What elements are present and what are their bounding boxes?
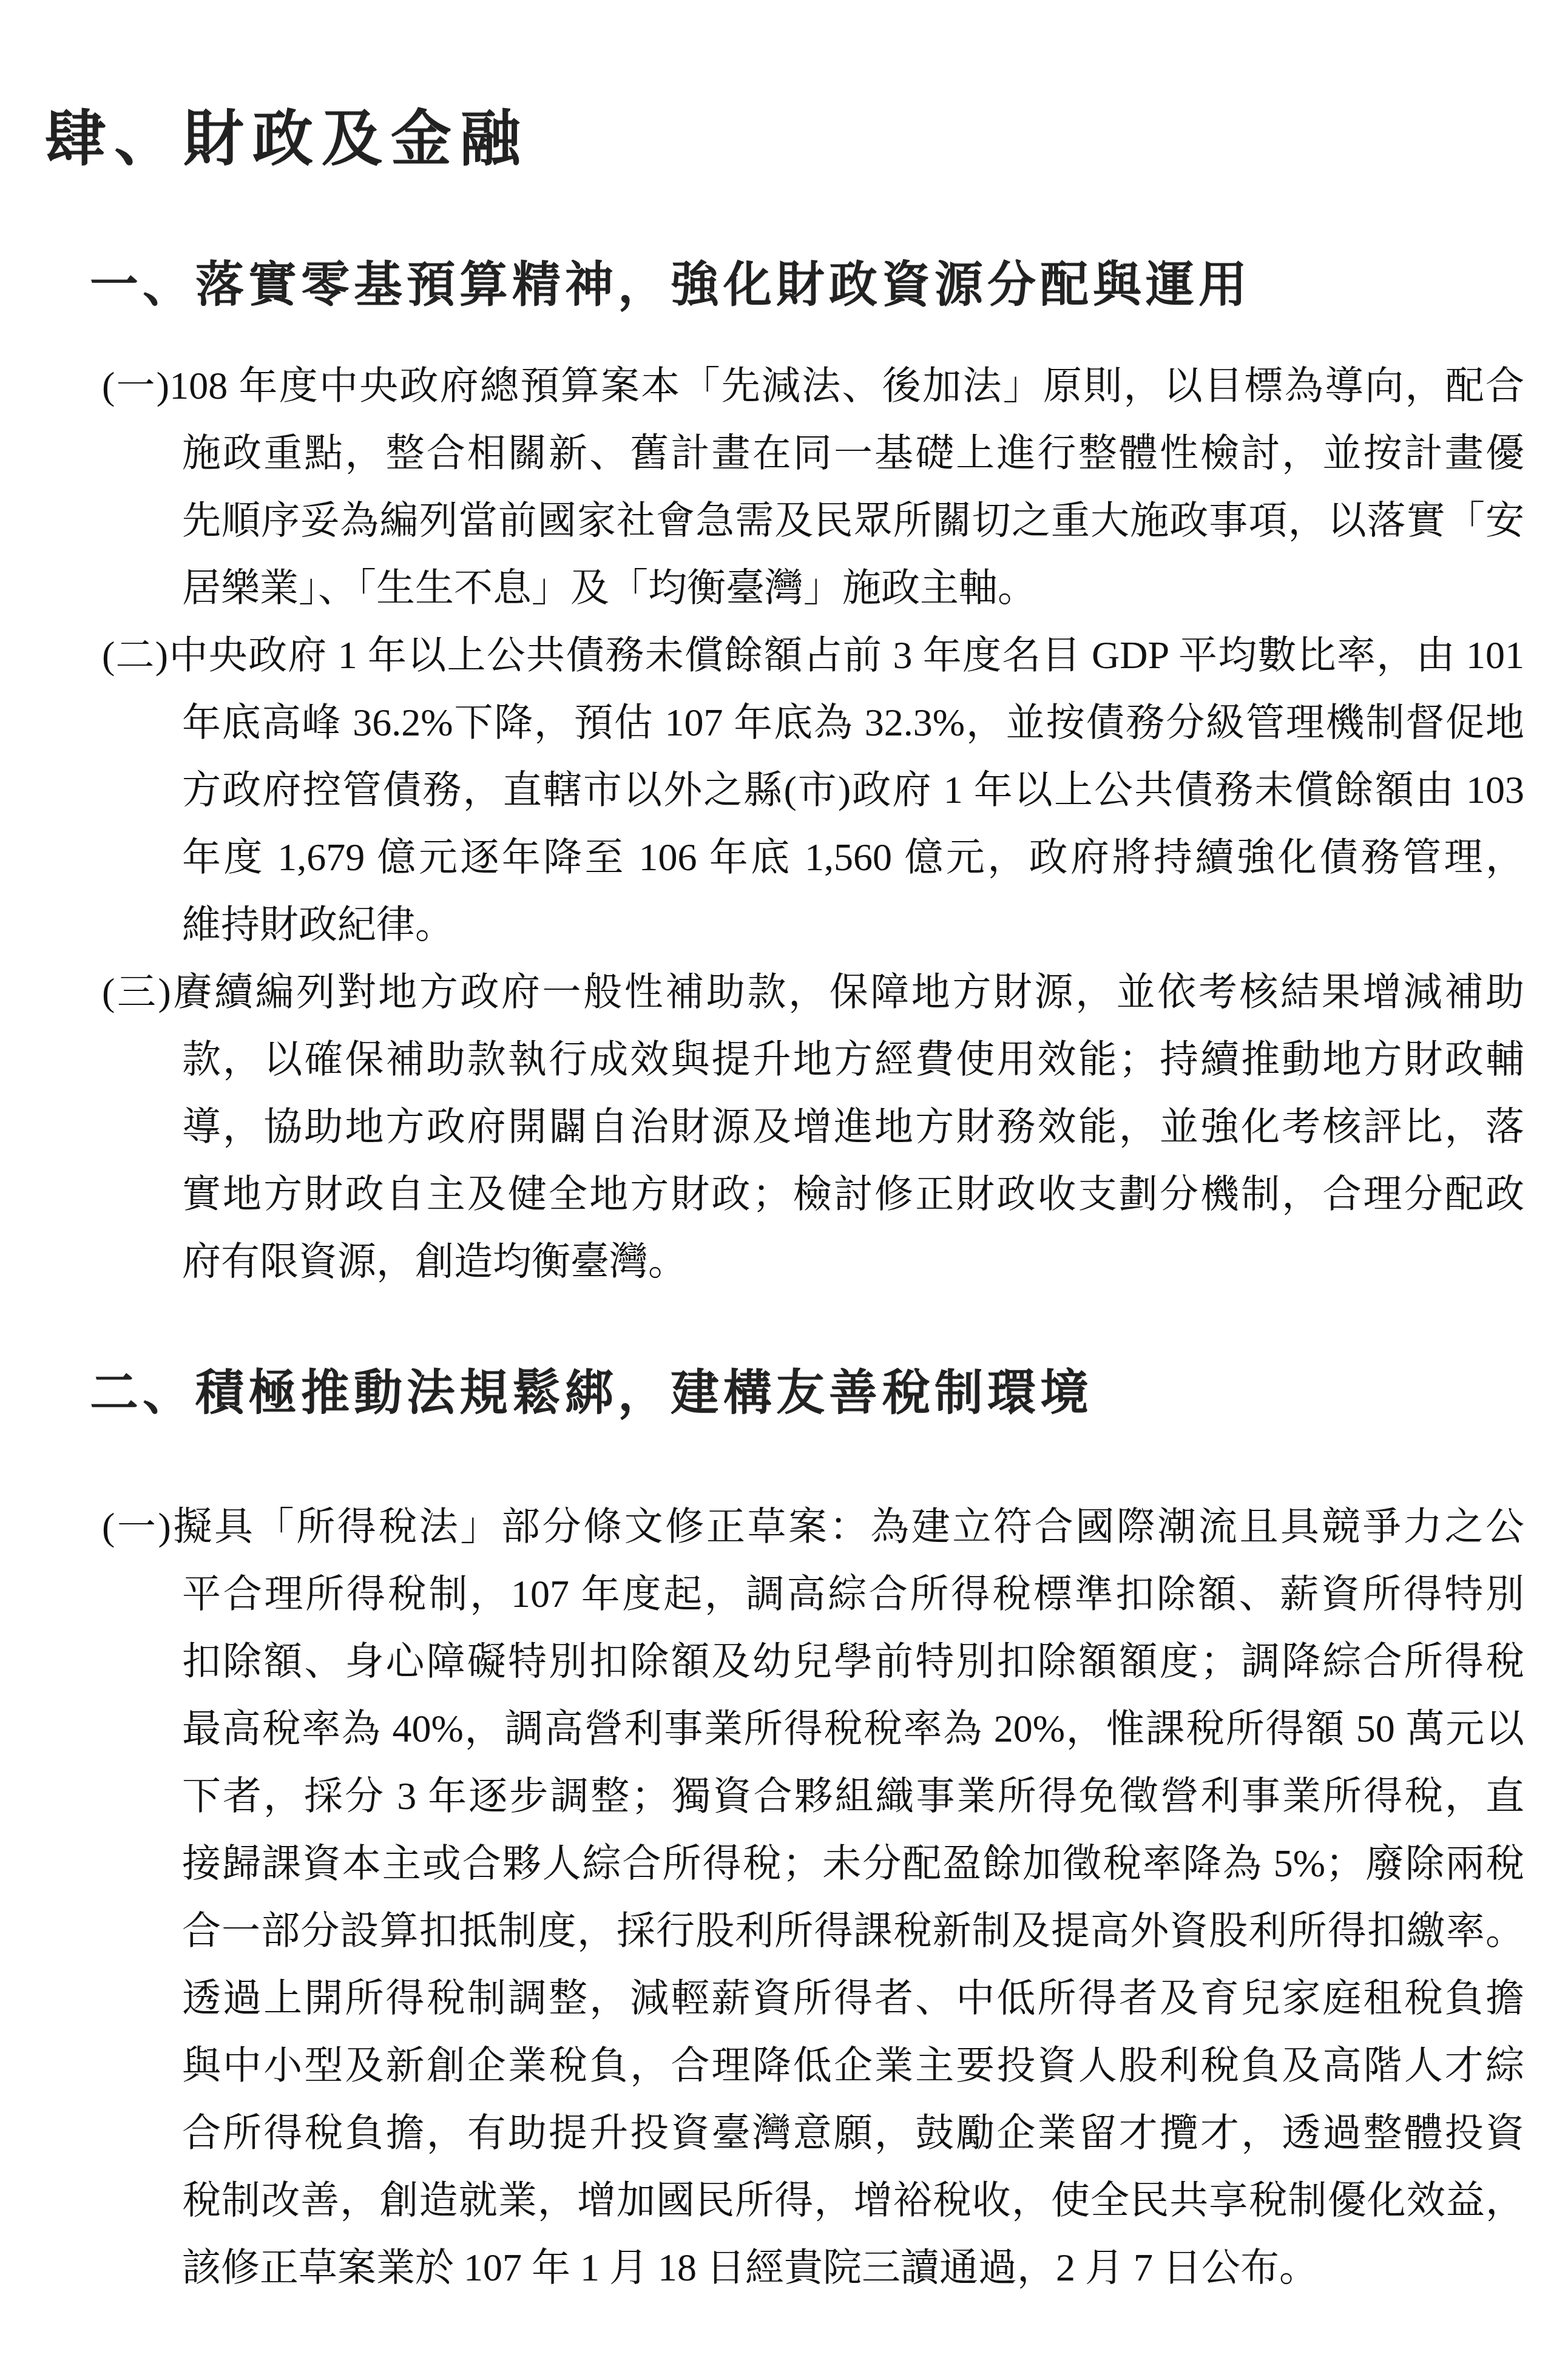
section-1-item-1: (一)108 年度中央政府總預算案本「先減法、後加法」原則，以目標為導向，配合 …	[102, 362, 1524, 631]
paragraph-line: 款，以確保補助款執行成效與提升地方經費使用效能；持續推動地方財政輔	[102, 1035, 1524, 1103]
item-marker: (二)	[102, 634, 168, 677]
paragraph-line: 先順序妥為編列當前國家社會急需及民眾所關切之重大施政事項，以落實「安	[102, 496, 1524, 564]
section-1-item-3: (三)賡續編列對地方政府一般性補助款，保障地方財源，並依考核結果增減補助 款，以…	[102, 968, 1524, 1305]
paragraph-line: 方政府控管債務，直轄市以外之縣(市)政府 1 年以上公共債務未償餘額由 103	[102, 766, 1524, 833]
paragraph-line: 維持財政紀律。	[102, 901, 1524, 968]
paragraph-line: 下者，採分 3 年逐步調整；獨資合夥組織事業所得免徵營利事業所得稅，直	[102, 1772, 1524, 1839]
section-1-item-2: (二)中央政府 1 年以上公共債務未償餘額占前 3 年度名目 GDP 平均數比率…	[102, 631, 1524, 968]
section-2-item-1: (一)擬具「所得稅法」部分條文修正草案：為建立符合國際潮流且具競爭力之公 平合理…	[102, 1503, 1524, 2311]
document-page: 肆、財政及金融 一、落實零基預算精神，強化財政資源分配與運用 (一)108 年度…	[0, 0, 1568, 2360]
paragraph-line: (三)賡續編列對地方政府一般性補助款，保障地方財源，並依考核結果增減補助	[102, 968, 1524, 1035]
paragraph-line: 最高稅率為 40%，調高營利事業所得稅稅率為 20%，惟課稅所得額 50 萬元以	[102, 1705, 1524, 1772]
chapter-title: 肆、財政及金融	[45, 102, 529, 175]
paragraph-line: (二)中央政府 1 年以上公共債務未償餘額占前 3 年度名目 GDP 平均數比率…	[102, 631, 1524, 698]
paragraph-line: 該修正草案業於 107 年 1 月 18 日經貴院三讀通過，2 月 7 日公布。	[102, 2243, 1524, 2311]
paragraph-line: 施政重點，整合相關新、舊計畫在同一基礎上進行整體性檢討，並按計畫優	[102, 429, 1524, 496]
paragraph-line: 合一部分設算扣抵制度，採行股利所得課稅新制及提高外資股利所得扣繳率。	[102, 1907, 1524, 1974]
paragraph-line: 府有限資源，創造均衡臺灣。	[102, 1237, 1524, 1305]
paragraph-line: 透過上開所得稅制調整，減輕薪資所得者、中低所得者及育兒家庭租稅負擔	[102, 1974, 1524, 2041]
paragraph-line: 稅制改善，創造就業，增加國民所得，增裕稅收，使全民共享稅制優化效益，	[102, 2176, 1524, 2243]
paragraph-line: 實地方財政自主及健全地方財政；檢討修正財政收支劃分機制，合理分配政	[102, 1170, 1524, 1237]
section-heading-1: 一、落實零基預算精神，強化財政資源分配與運用	[90, 254, 1251, 314]
paragraph-line: 居樂業」、「生生不息」及「均衡臺灣」施政主軸。	[102, 564, 1524, 631]
paragraph-line: 與中小型及新創企業稅負，合理降低企業主要投資人股利稅負及高階人才綜	[102, 2041, 1524, 2109]
paragraph-line: 扣除額、身心障礙特別扣除額及幼兒學前特別扣除額額度；調降綜合所得稅	[102, 1637, 1524, 1705]
paragraph-line: 平合理所得稅制，107 年度起，調高綜合所得稅標準扣除額、薪資所得特別	[102, 1570, 1524, 1637]
paragraph-line: 導，協助地方政府開闢自治財源及增進地方財務效能，並強化考核評比，落	[102, 1103, 1524, 1170]
paragraph-line: 年底高峰 36.2%下降，預估 107 年底為 32.3%，並按債務分級管理機制…	[102, 698, 1524, 766]
paragraph-line: (一)擬具「所得稅法」部分條文修正草案：為建立符合國際潮流且具競爭力之公	[102, 1503, 1524, 1570]
paragraph-line: 接歸課資本主或合夥人綜合所得稅；未分配盈餘加徵稅率降為 5%；廢除兩稅	[102, 1839, 1524, 1907]
paragraph-line: (一)108 年度中央政府總預算案本「先減法、後加法」原則，以目標為導向，配合	[102, 362, 1524, 429]
paragraph-line: 年度 1,679 億元逐年降至 106 年底 1,560 億元，政府將持續強化債…	[102, 833, 1524, 901]
section-heading-2: 二、積極推動法規鬆綁，建構友善稅制環境	[90, 1362, 1093, 1422]
item-marker: (三)	[102, 970, 171, 1013]
item-marker: (一)	[102, 364, 169, 407]
paragraph-line: 合所得稅負擔，有助提升投資臺灣意願，鼓勵企業留才攬才，透過整體投資	[102, 2109, 1524, 2176]
item-marker: (一)	[102, 1505, 171, 1548]
